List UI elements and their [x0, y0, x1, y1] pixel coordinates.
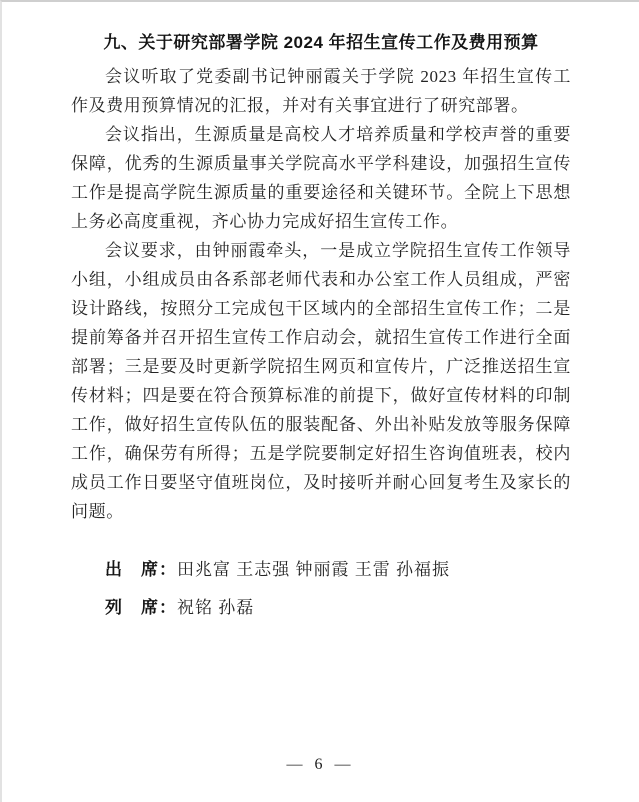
attendance-row-observers: 列 席：祝铭 孙磊	[71, 594, 571, 622]
attendance-names-present: 田兆富 王志强 钟丽霞 王雷 孙福振	[177, 560, 450, 579]
attendance-label-present: 出 席：	[105, 560, 177, 579]
page-number: — 6 —	[2, 756, 639, 774]
document-title: 九、关于研究部署学院 2024 年招生宣传工作及费用预算	[71, 28, 571, 57]
attendance-section: 出 席：田兆富 王志强 钟丽霞 王雷 孙福振 列 席：祝铭 孙磊	[71, 556, 571, 622]
document-page: 九、关于研究部署学院 2024 年招生宣传工作及费用预算 会议听取了党委副书记钟…	[0, 0, 639, 802]
attendance-names-observers: 祝铭 孙磊	[177, 598, 254, 617]
document-content: 九、关于研究部署学院 2024 年招生宣传工作及费用预算 会议听取了党委副书记钟…	[2, 2, 639, 622]
paragraph-meeting-pointed-out: 会议指出，生源质量是高校人才培养质量和学校声誉的重要保障，优秀的生源质量事关学院…	[71, 120, 571, 236]
attendance-label-observers: 列 席：	[105, 598, 177, 617]
paragraph-report-heard: 会议听取了党委副书记钟丽霞关于学院 2023 年招生宣传工作及费用预算情况的汇报…	[71, 62, 571, 120]
paragraph-meeting-requirements: 会议要求，由钟丽霞牵头，一是成立学院招生宣传工作领导小组，小组成员由各系部老师代…	[71, 236, 571, 526]
attendance-row-present: 出 席：田兆富 王志强 钟丽霞 王雷 孙福振	[71, 556, 571, 584]
